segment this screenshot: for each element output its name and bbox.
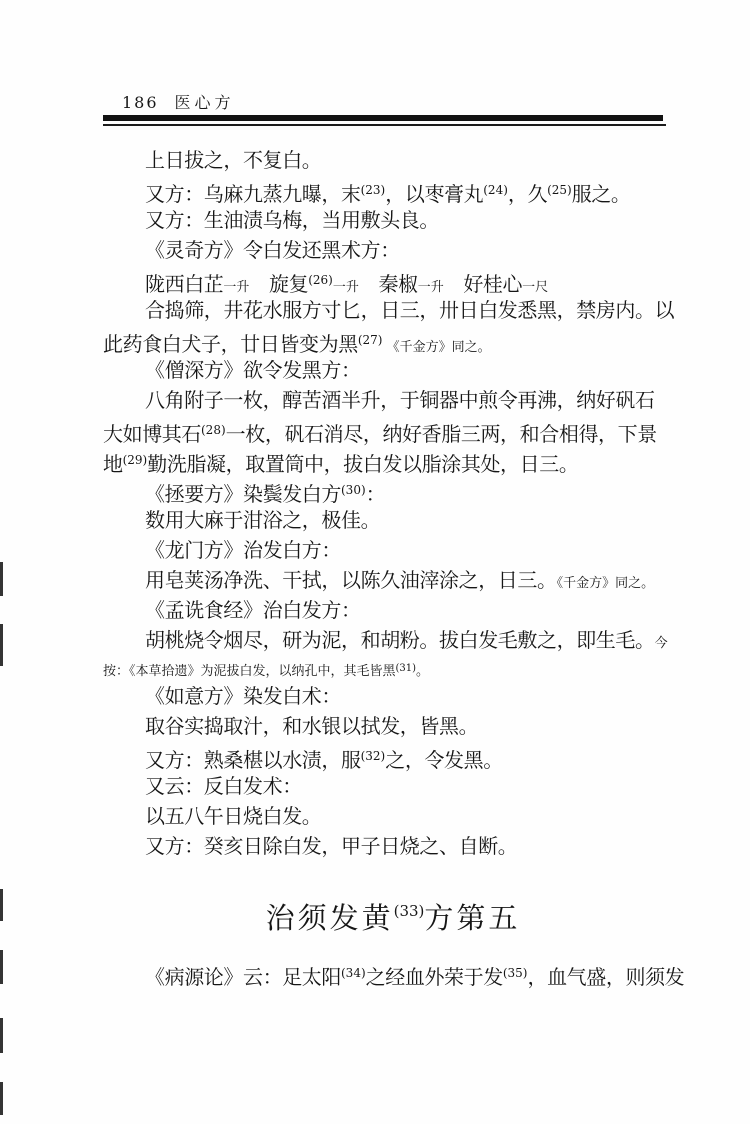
footnote-ref: (31) — [396, 663, 417, 674]
text-segment: 合捣筛，井花水服方寸匕，日三，卅日白发悉黑，禁房内。以 — [145, 298, 674, 322]
text-segment: 服之。 — [572, 182, 631, 206]
text-line: 《病源论》云：足太阳(34)之经血外荣于发(35)，血气盛，则须发 — [103, 958, 683, 988]
text-segment: 《千金方》同之。 — [557, 576, 655, 591]
text-segment: 地 — [103, 452, 123, 476]
text-segment: 一尺 — [522, 280, 548, 295]
text-segment: 之，令发黑。 — [385, 748, 503, 772]
running-header: 186医心方 — [122, 90, 235, 113]
text-segment: ： — [366, 482, 386, 506]
text-segment: 一升 — [418, 280, 444, 295]
text-segment: 以五八午日烧白发。 — [145, 804, 321, 828]
text-line: 又方：生油渍乌梅，当用敷头良。 — [103, 205, 683, 235]
text-segment: 八角附子一枚，醇苦酒半升，于铜器中煎令再沸，纳好矾石 — [145, 388, 655, 412]
text-segment: 《如意方》染发白术： — [145, 684, 341, 708]
text-segment: 《拯要方》染鬓发白方 — [145, 482, 341, 506]
text-segment: 好桂心 — [444, 272, 522, 296]
text-segment: 胡桃烧令烟尽，研为泥，和胡粉。拔白发毛敷之，即生毛。 — [145, 628, 655, 652]
text-segment: 又方：生油渍乌梅，当用敷头良。 — [145, 208, 439, 232]
text-segment: 《千金方》同之。 — [382, 340, 490, 355]
text-segment: 《僧深方》欲令发黑方： — [145, 358, 361, 382]
body-text: 上日拔之，不复白。又方：乌麻九蒸九曝，末(23)，以枣膏丸(24)，久(25)服… — [103, 145, 683, 988]
text-segment: 旋复 — [249, 272, 308, 296]
text-segment: 用皂荚汤净洗、干拭，以陈久油滓涂之，日三。 — [145, 568, 557, 592]
text-segment: 又方：熟桑椹以水渍，服 — [145, 748, 361, 772]
text-segment: 《孟诜食经》治白发方： — [145, 598, 361, 622]
scan-edge-mark — [0, 1082, 3, 1115]
text-segment: 治须发黄 — [266, 901, 394, 935]
text-segment: 勤洗脂凝，取置筒中，拔白发以脂涂其处，日三。 — [147, 452, 578, 476]
footnote-ref: (33) — [394, 902, 425, 920]
header-rule-thin — [103, 124, 666, 126]
scan-edge-mark — [0, 1018, 3, 1053]
page-number: 186 — [122, 93, 159, 112]
text-line: 《僧深方》欲令发黑方： — [103, 355, 683, 385]
footnote-ref: (26) — [308, 273, 333, 287]
scan-edge-mark — [0, 889, 3, 921]
scan-edge-mark — [0, 950, 3, 984]
text-segment: 一升 — [333, 280, 359, 295]
text-segment: 大如博其石 — [103, 422, 201, 446]
footnote-ref: (28) — [201, 423, 226, 437]
text-line: 陇西白芷一升 旋复(26)一升 秦椒一升 好桂心一尺 — [103, 265, 683, 295]
text-segment: 一枚，矾石消尽，纳好香脂三两，和合相得，下景 — [226, 422, 657, 446]
text-segment: ，以枣膏丸 — [385, 182, 483, 206]
text-segment: 上日拔之，不复白。 — [145, 148, 321, 172]
text-line: 取谷实捣取汁，和水银以拭发，皆黑。 — [103, 711, 683, 741]
text-segment: 之经血外荣于发 — [366, 965, 503, 989]
text-line: 又方：熟桑椹以水渍，服(32)之，令发黑。 — [103, 741, 683, 771]
footnote-ref: (23) — [361, 183, 386, 197]
footnote-ref: (24) — [483, 183, 508, 197]
text-line: 又方：乌麻九蒸九曝，末(23)，以枣膏丸(24)，久(25)服之。 — [103, 175, 683, 205]
text-line: 《拯要方》染鬓发白方(30)： — [103, 475, 683, 505]
text-segment: 《灵奇方》令白发还黑术方： — [145, 238, 400, 262]
text-line: 用皂荚汤净洗、干拭，以陈久油滓涂之，日三。《千金方》同之。 — [103, 565, 683, 595]
text-line: 《如意方》染发白术： — [103, 681, 683, 711]
footnote-ref: (35) — [503, 966, 528, 980]
text-segment: 此药食白犬子，廿日皆变为黑 — [103, 332, 358, 356]
text-segment: 《龙门方》治发白方： — [145, 538, 341, 562]
text-line: 胡桃烧令烟尽，研为泥，和胡粉。拔白发毛敷之，即生毛。今 — [103, 625, 683, 655]
text-segment: ，久 — [508, 182, 547, 206]
text-segment: 又云：反白发术： — [145, 774, 302, 798]
text-line: 《孟诜食经》治白发方： — [103, 595, 683, 625]
text-segment: 方第五 — [424, 901, 520, 935]
scan-edge-mark — [0, 562, 3, 596]
header-rule-thick — [103, 115, 663, 121]
text-line: 数用大麻于泔浴之，极佳。 — [103, 505, 683, 535]
text-line: 《龙门方》治发白方： — [103, 535, 683, 565]
scanned-book-page: 186医心方 上日拔之，不复白。又方：乌麻九蒸九曝，末(23)，以枣膏丸(24)… — [0, 0, 750, 1124]
text-line: 以五八午日烧白发。 — [103, 801, 683, 831]
text-line: 地(29)勤洗脂凝，取置筒中，拔白发以脂涂其处，日三。 — [103, 445, 683, 475]
text-segment: 又方：乌麻九蒸九曝，末 — [145, 182, 361, 206]
footnote-ref: (34) — [341, 966, 366, 980]
text-line: 合捣筛，井花水服方寸匕，日三，卅日白发悉黑，禁房内。以 — [103, 295, 683, 325]
footnote-ref: (32) — [361, 749, 386, 763]
text-segment: 今 — [655, 636, 668, 651]
text-line: 又方：癸亥日除白发，甲子日烧之、自断。 — [103, 831, 683, 861]
footnote-ref: (30) — [341, 483, 366, 497]
text-segment: ，血气盛，则须发 — [527, 965, 684, 989]
text-segment: 《病源论》云：足太阳 — [145, 965, 341, 989]
book-title: 医心方 — [175, 93, 235, 112]
text-line: 大如博其石(28)一枚，矾石消尽，纳好香脂三两，和合相得，下景 — [103, 415, 683, 445]
text-segment: 陇西白芷 — [145, 272, 223, 296]
text-segment: 秦椒 — [359, 272, 418, 296]
text-line: 八角附子一枚，醇苦酒半升，于铜器中煎令再沸，纳好矾石 — [103, 385, 683, 415]
text-line: 《灵奇方》令白发还黑术方： — [103, 235, 683, 265]
text-line: 按：《本草拾遗》为泥拔白发，以纳孔中，其毛皆黑(31)。 — [103, 655, 683, 681]
text-segment: 。 — [416, 664, 429, 679]
text-segment: 按：《本草拾遗》为泥拔白发，以纳孔中，其毛皆黑 — [103, 664, 396, 679]
text-segment: 一升 — [223, 280, 249, 295]
footnote-ref: (25) — [547, 183, 572, 197]
section-heading: 治须发黄(33)方第五 — [103, 889, 683, 933]
text-line: 又云：反白发术： — [103, 771, 683, 801]
text-segment: 数用大麻于泔浴之，极佳。 — [145, 508, 380, 532]
text-line: 此药食白犬子，廿日皆变为黑(27) 《千金方》同之。 — [103, 325, 683, 355]
footnote-ref: (27) — [358, 333, 383, 347]
text-segment: 取谷实捣取汁，和水银以拭发，皆黑。 — [145, 714, 478, 738]
scan-edge-mark — [0, 624, 3, 666]
footnote-ref: (29) — [123, 453, 148, 467]
text-segment: 又方：癸亥日除白发，甲子日烧之、自断。 — [145, 834, 517, 858]
text-line: 上日拔之，不复白。 — [103, 145, 683, 175]
